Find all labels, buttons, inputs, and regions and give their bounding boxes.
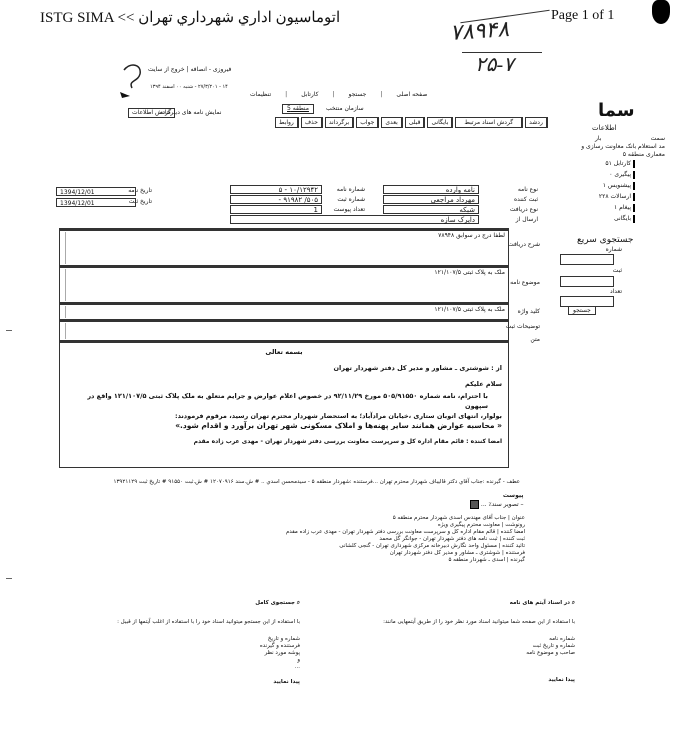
toolbar-related-flow[interactable]: گردش اسناد مرتبط — [455, 117, 523, 128]
scan-mark — [6, 330, 12, 331]
letter-from: از : شوشتری ـ مشاور و مدیر کل دفتر شهردا… — [66, 363, 502, 373]
detail-recipient: گیرنده | اسدی ـ شهردار منطقه ۵ — [255, 557, 525, 564]
letter-details: عنوان | جناب آقای مهندس اسدی شهردار محتر… — [255, 515, 525, 564]
item-search-option-1: شماره نامه — [380, 636, 575, 643]
item-search-option-3: صاحب و موضوع نامه — [380, 650, 575, 657]
sidebar-item-drafts[interactable]: پیشنویس ۱ — [575, 182, 635, 190]
label-letter-type: نوع نامه — [498, 186, 538, 193]
brand-logo: سما — [598, 100, 635, 121]
reg-number-field[interactable]: ۵۰۵/ ۹۱۹۸۲ - — [230, 195, 322, 204]
letter-type-field[interactable]: نامه وارده — [383, 185, 479, 194]
search-icon: ⌕ — [570, 600, 575, 606]
full-search-find: پیدا نمایید — [100, 679, 300, 686]
handwritten-number: ۷۸۹۴۸ — [449, 16, 510, 46]
letter-bismillah: بسمه تعالی — [66, 347, 502, 357]
letter-body: بسمه تعالی از : شوشتری ـ مشاور و مدیر کل… — [59, 340, 509, 468]
detail-cc: رونوشت | معاونت محترم پیگیری ویژه — [255, 522, 525, 529]
attachment-image-link[interactable]: – تصویر سند٪ ... — [481, 501, 524, 508]
letter-greeting: سلام علیکم — [66, 379, 502, 389]
top-links: فیروزی - انصافه | خروج از سایت — [148, 66, 231, 74]
qs-count-label: تعداد — [562, 288, 622, 295]
info-role-label: سمت — [651, 135, 665, 143]
toolbar-return[interactable]: برگرداند — [325, 117, 354, 128]
handwritten-code: ۲۵-۷ — [475, 52, 514, 77]
label-receive-type: نوع دریافت — [498, 206, 538, 213]
toolbar-delete[interactable]: حذف — [301, 117, 323, 128]
qs-number-label: شماره — [562, 246, 622, 253]
notes-textarea[interactable] — [59, 319, 509, 341]
info-role-value: بار — [595, 135, 601, 143]
label-reg-number: شماره ثبت — [325, 196, 365, 203]
detail-sender: فرستنده | شوشتری ـ مشاور و مدیر کل دفتر … — [255, 550, 525, 557]
full-search-option-1: شماره و تاریخ — [100, 636, 300, 643]
item-search-title[interactable]: ⌕ در اسناد آیتم های نامه — [380, 600, 575, 607]
user-name: فیروزی - انصافه — [190, 66, 231, 73]
reference-meta: عطف - گیرنده :جناب آقاي دکتر قالیباف شهر… — [60, 478, 520, 486]
letter-date-field[interactable]: 1394/12/01 — [56, 187, 136, 196]
toolbar-reject[interactable]: ردشد — [525, 117, 548, 128]
main-menu: صفحه اصلی| جستجو| کارتابل| تنظیمات — [250, 91, 427, 99]
keyword-text: ملک به پلاک ثبتی ۱۲۱/۱۰۷/۵ — [434, 306, 505, 313]
full-search-option-3: پوشه مورد نظر — [100, 650, 300, 657]
letter-body-3: « محاسبه عوارض همانند سایر پهنه‌ها و امل… — [66, 421, 502, 431]
item-search-desc: با استفاده از این صفحه شما میتوانید اسنا… — [380, 619, 575, 626]
page-indicator: Page 1 of 1 — [551, 8, 614, 24]
sidebar-item-cartable[interactable]: کارتابل ۵۱ — [575, 160, 635, 168]
label-letter-number: شماره نامه — [325, 186, 365, 193]
sent-from-field[interactable]: دایرک سازه — [230, 215, 479, 224]
detail-signer: امضا کننده | قائم مقام اداره کل و سرپرست… — [255, 529, 525, 536]
receipt-desc-text: لطفا درج در سوابق ۷۸۹۴۸ — [438, 232, 505, 239]
letter-body-1: با احترام، نامه شماره ۵۰۵/۹۱۵۵۰ مورخ ۹۲/… — [66, 391, 502, 411]
full-search-option-4: و — [100, 657, 300, 664]
full-search-desc: با استفاده از این جستجو میتوانید اسناد خ… — [100, 619, 300, 626]
scrollbar[interactable] — [61, 232, 66, 264]
attachments-count-field[interactable]: 1 — [230, 205, 322, 214]
scan-ink-blot — [652, 0, 670, 24]
window-title: ISTG SIMA << اتوماسیون اداري شهرداري تهر… — [40, 8, 340, 27]
quick-search-title: جستجوی سریع — [577, 235, 633, 245]
letter-signer: امضا کننده : قائم مقام اداره کل و سرپرست… — [66, 437, 502, 447]
logout-link[interactable]: خروج از سایت — [148, 66, 185, 73]
sidebar-item-followup[interactable]: پیگیری ۰ — [575, 171, 635, 179]
full-search-option-5: ... — [100, 664, 300, 671]
current-date: ۱۴ - ۲۷/۳/۲۰۱ - شنبه ۰۰ اسفند ۱۳۹۴ — [150, 83, 228, 91]
reg-date-field[interactable]: 1394/12/01 — [56, 198, 136, 207]
toolbar-next[interactable]: بعدی — [381, 117, 402, 128]
item-search-panel: ⌕ در اسناد آیتم های نامه با استفاده از ا… — [380, 600, 575, 684]
org-label: سازمان منتخب — [326, 105, 364, 113]
full-search-option-2: فرستنده و گیرنده — [100, 643, 300, 650]
org-selector: سازمان منتخب منطقه 5 — [282, 104, 364, 114]
letter-number-field[interactable]: ۱۰/۱۲۹۴۲ - ۵ — [230, 185, 322, 194]
registrar-field[interactable]: مهرداد مراجعی — [383, 195, 479, 204]
receive-type-field[interactable]: شبکه — [383, 205, 479, 214]
full-search-panel: ⌕ جستجوی کامل با استفاده از این جستجو می… — [100, 600, 300, 686]
quick-search-button[interactable]: جستجو — [568, 306, 596, 315]
subject-text: ملک به پلاک ثبتی ۱۲۱/۱۰۷/۵ — [434, 269, 505, 276]
sidebar-item-archive[interactable]: بایگانی — [575, 215, 635, 223]
label-registrar: ثبت کننده — [498, 196, 538, 203]
keyword-textarea[interactable]: ملک به پلاک ثبتی ۱۲۱/۱۰۷/۵ — [59, 302, 509, 320]
org-select[interactable]: منطقه 5 — [282, 104, 314, 114]
toolbar: ردشد گردش اسناد مرتبط بایگانی قبلی بعدی … — [275, 117, 548, 128]
info-panel: سمت بار مد استعلام بانک معاونت رسازی و م… — [565, 135, 665, 159]
toolbar-archive[interactable]: بایگانی — [427, 117, 453, 128]
toolbar-reply[interactable]: جواب — [356, 117, 379, 128]
logo-icon — [118, 62, 144, 98]
detail-approver: تائید کننده | مسئول واحد نگارش دبیرخانه … — [255, 543, 525, 550]
detail-registrar: ثبت کننده | ثبت نامه های دفتر شهردار تهر… — [255, 536, 525, 543]
menu-settings[interactable]: تنظیمات — [250, 91, 271, 99]
scan-mark — [6, 578, 12, 579]
receipt-desc-textarea[interactable]: لطفا درج در سوابق ۷۸۹۴۸ — [59, 228, 509, 266]
item-search-find: پیدا نمایید — [380, 677, 575, 684]
menu-home[interactable]: صفحه اصلی — [396, 91, 427, 99]
info-text: مد استعلام بانک معاونت رسازی و معماری من… — [565, 143, 665, 159]
toolbar-previous[interactable]: قبلی — [405, 117, 426, 128]
letter-body-2: بولوار، انتهای اتوبان ستاری ،خیابان مراد… — [66, 411, 502, 421]
scrollbar[interactable] — [61, 323, 66, 339]
qs-reg-label: ثبت — [562, 267, 622, 274]
sidebar-item-messages[interactable]: پیغام ۱ — [575, 204, 635, 212]
qs-reg-input[interactable] — [560, 276, 614, 287]
menu-cartable[interactable]: کارتابل — [301, 91, 318, 99]
toolbar-relations[interactable]: روابط — [275, 117, 299, 128]
label-sent-from: ارسال از — [498, 216, 538, 223]
label-attachments: تعداد پیوست — [325, 206, 365, 213]
search-icon: ⌕ — [295, 600, 300, 606]
menu-search[interactable]: جستجو — [349, 91, 367, 99]
sidebar-item-sent[interactable]: ارسالات ۲۲۸ — [575, 193, 635, 201]
info-title: اطلاعات — [592, 124, 617, 133]
qs-number-input[interactable] — [560, 254, 614, 265]
sidebar-menu: کارتابل ۵۱ پیگیری ۰ پیشنویس ۱ ارسالات ۲۲… — [575, 160, 635, 226]
subject-textarea[interactable]: ملک به پلاک ثبتی ۱۲۱/۱۰۷/۵ — [59, 265, 509, 303]
full-search-title[interactable]: ⌕ جستجوی کامل — [100, 600, 300, 607]
attachments-section: پیوست – تصویر سند٪ ... — [470, 492, 524, 509]
detail-title: عنوان | جناب آقای مهندس اسدی شهردار محتر… — [255, 515, 525, 522]
image-icon[interactable] — [470, 500, 479, 509]
item-search-option-2: شماره و تاریخ ثبت — [380, 643, 575, 650]
scrollbar[interactable] — [61, 306, 66, 318]
scrollbar[interactable] — [61, 269, 66, 301]
attachments-title: پیوست — [470, 492, 524, 500]
refresh-button[interactable]: گردش اطلاعات — [128, 108, 175, 118]
